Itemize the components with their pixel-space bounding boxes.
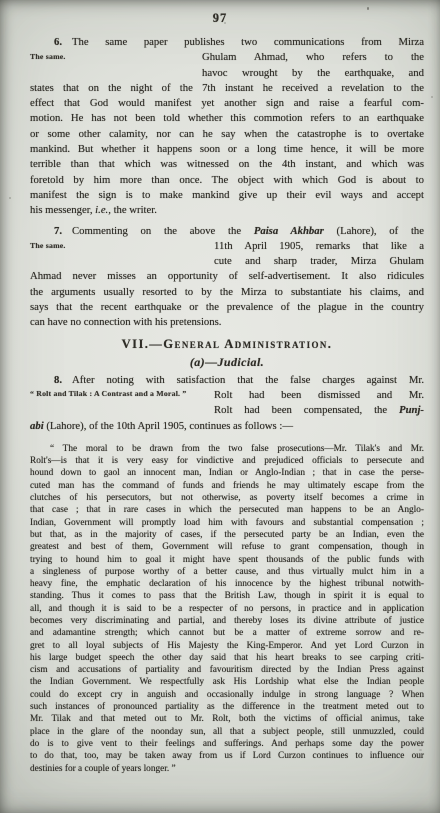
text-line: trying to hound him to goal it might hav…: [30, 554, 424, 566]
text-line: can have no connection with his pretensi…: [30, 315, 424, 330]
journal-title: abi: [30, 420, 44, 432]
paragraph: The same.6.The same paper publishes two …: [30, 35, 424, 219]
text-line: mankind. But whether it happens soon or …: [30, 142, 424, 157]
document-body: The same.6.The same paper publishes two …: [30, 35, 424, 775]
text-line: but that, as in the majority of cases, i…: [30, 529, 424, 541]
text-line: abi (Lahore), of the 10th April 1905, co…: [30, 419, 424, 434]
text-line: Ghulam Ahmad, who refers to the: [202, 50, 424, 65]
text-line: a singleness of purpose worthy of a bett…: [30, 566, 424, 578]
text-line: the Indian Government. We respectfully a…: [30, 676, 424, 688]
text-line: the arguments usually resorted to by the…: [30, 285, 424, 300]
paragraph: The same.7.Commenting on the above the P…: [30, 224, 424, 331]
text-line: cism and accusations of partiality and f…: [30, 664, 424, 676]
subsection-heading: (a)—Judicial.: [30, 354, 424, 370]
text-line: could do except cry in anguish and occas…: [30, 689, 424, 701]
journal-title: Punj-: [399, 404, 424, 416]
text-line: destinies for a couple of years longer. …: [30, 763, 424, 775]
text-line: 6.The same paper publishes two communica…: [30, 35, 424, 50]
text-line: terrible than that which was witnessed o…: [30, 157, 424, 172]
text-line: Indian, Government will promptly load hi…: [30, 517, 424, 529]
text-line: manifest the sign is to make mankind giv…: [30, 188, 424, 203]
margin-note: The same.: [30, 241, 210, 250]
text-line: 11th April 1905, remarks that like a: [214, 239, 424, 254]
text-line: cuted man has the command of funds and f…: [30, 480, 424, 492]
text-line: do is to give vent to their feelings and…: [30, 738, 424, 750]
paragraph-number: 6.: [54, 36, 72, 48]
text-line: that case ; that in rare cases in which …: [30, 504, 424, 516]
journal-title: Paisa Akhbar: [254, 225, 324, 237]
text-line: all, and though it is said to be a respe…: [30, 603, 424, 615]
text-line: 8.After noting with satisfaction that th…: [30, 373, 424, 388]
scanned-page: 97 The same.6.The same paper publishes t…: [0, 0, 440, 813]
text-line: greatest and best of them, Government wi…: [30, 541, 424, 553]
text-line: his messenger, i.e., the writer.: [30, 203, 424, 218]
text-line: clutches of his persecutors, but not oth…: [30, 492, 424, 504]
text-line: effect that God would manifest yet anoth…: [30, 96, 424, 111]
text-line: becomes very discriminating and partial,…: [30, 615, 424, 627]
text-line: Rolt had been compensated, the Punj-: [214, 403, 424, 418]
margin-note: The same.: [30, 52, 210, 61]
text-line: “ The moral to be drawn from the two fal…: [30, 443, 424, 455]
quoted-extract: “ The moral to be drawn from the two fal…: [30, 443, 424, 775]
text-line: or some other calamity, nor can he say w…: [30, 127, 424, 142]
scan-speck: [9, 197, 11, 199]
text-line: and adamantine strength; which cannot bu…: [30, 627, 424, 639]
paragraph-number: 7.: [54, 225, 72, 237]
text-line: motion. He has not been told whether thi…: [30, 111, 424, 126]
text-line: such instances of pronounced partiality …: [30, 701, 424, 713]
page-number: 97: [0, 0, 440, 25]
text-line: hound down to gaol an innocent man, Indi…: [30, 467, 424, 479]
text-line: heavy fine, the emphatic declaration of …: [30, 578, 424, 590]
text-line: to do that, too, may be taken away from …: [30, 750, 424, 762]
text-line: says that the recent earthquake or the p…: [30, 300, 424, 315]
text-line: place in the glare of the noonday sun, a…: [30, 726, 424, 738]
text-line: 7.Commenting on the above the Paisa Akhb…: [30, 224, 424, 239]
scan-speck: [431, 96, 433, 98]
text-line: Ahmad never misses an opportunity of sel…: [30, 269, 424, 284]
text-line: Rolt's—is that it is very easy for vindi…: [30, 455, 424, 467]
paragraph-number: 8.: [54, 374, 72, 386]
text-line: Rolt had been dismissed and Mr.: [214, 388, 424, 403]
text-line: cute and sharp trader, Mirza Ghulam: [214, 254, 424, 269]
paragraph: “ Rolt and Tilak : A Contrast and a Mora…: [30, 373, 424, 434]
text-line: standing. Thus it comes to pass that the…: [30, 590, 424, 602]
text-line: Mr. Tilak and that meted out to Mr. Rolt…: [30, 713, 424, 725]
text-line: foretold by him more than once. The obje…: [30, 173, 424, 188]
margin-note: “ Rolt and Tilak : A Contrast and a Mora…: [30, 389, 212, 398]
text-line: his large budget speech the other day sa…: [30, 652, 424, 664]
text-line: havoc wrought by the earthquake, and: [202, 66, 424, 81]
italic-text: i.e.,: [95, 204, 111, 216]
text-line: gret to all loyal subjects of His Majest…: [30, 640, 424, 652]
section-heading: VII.—General Administration.: [30, 336, 424, 353]
text-line: states that on the night of the 7th inst…: [30, 81, 424, 96]
